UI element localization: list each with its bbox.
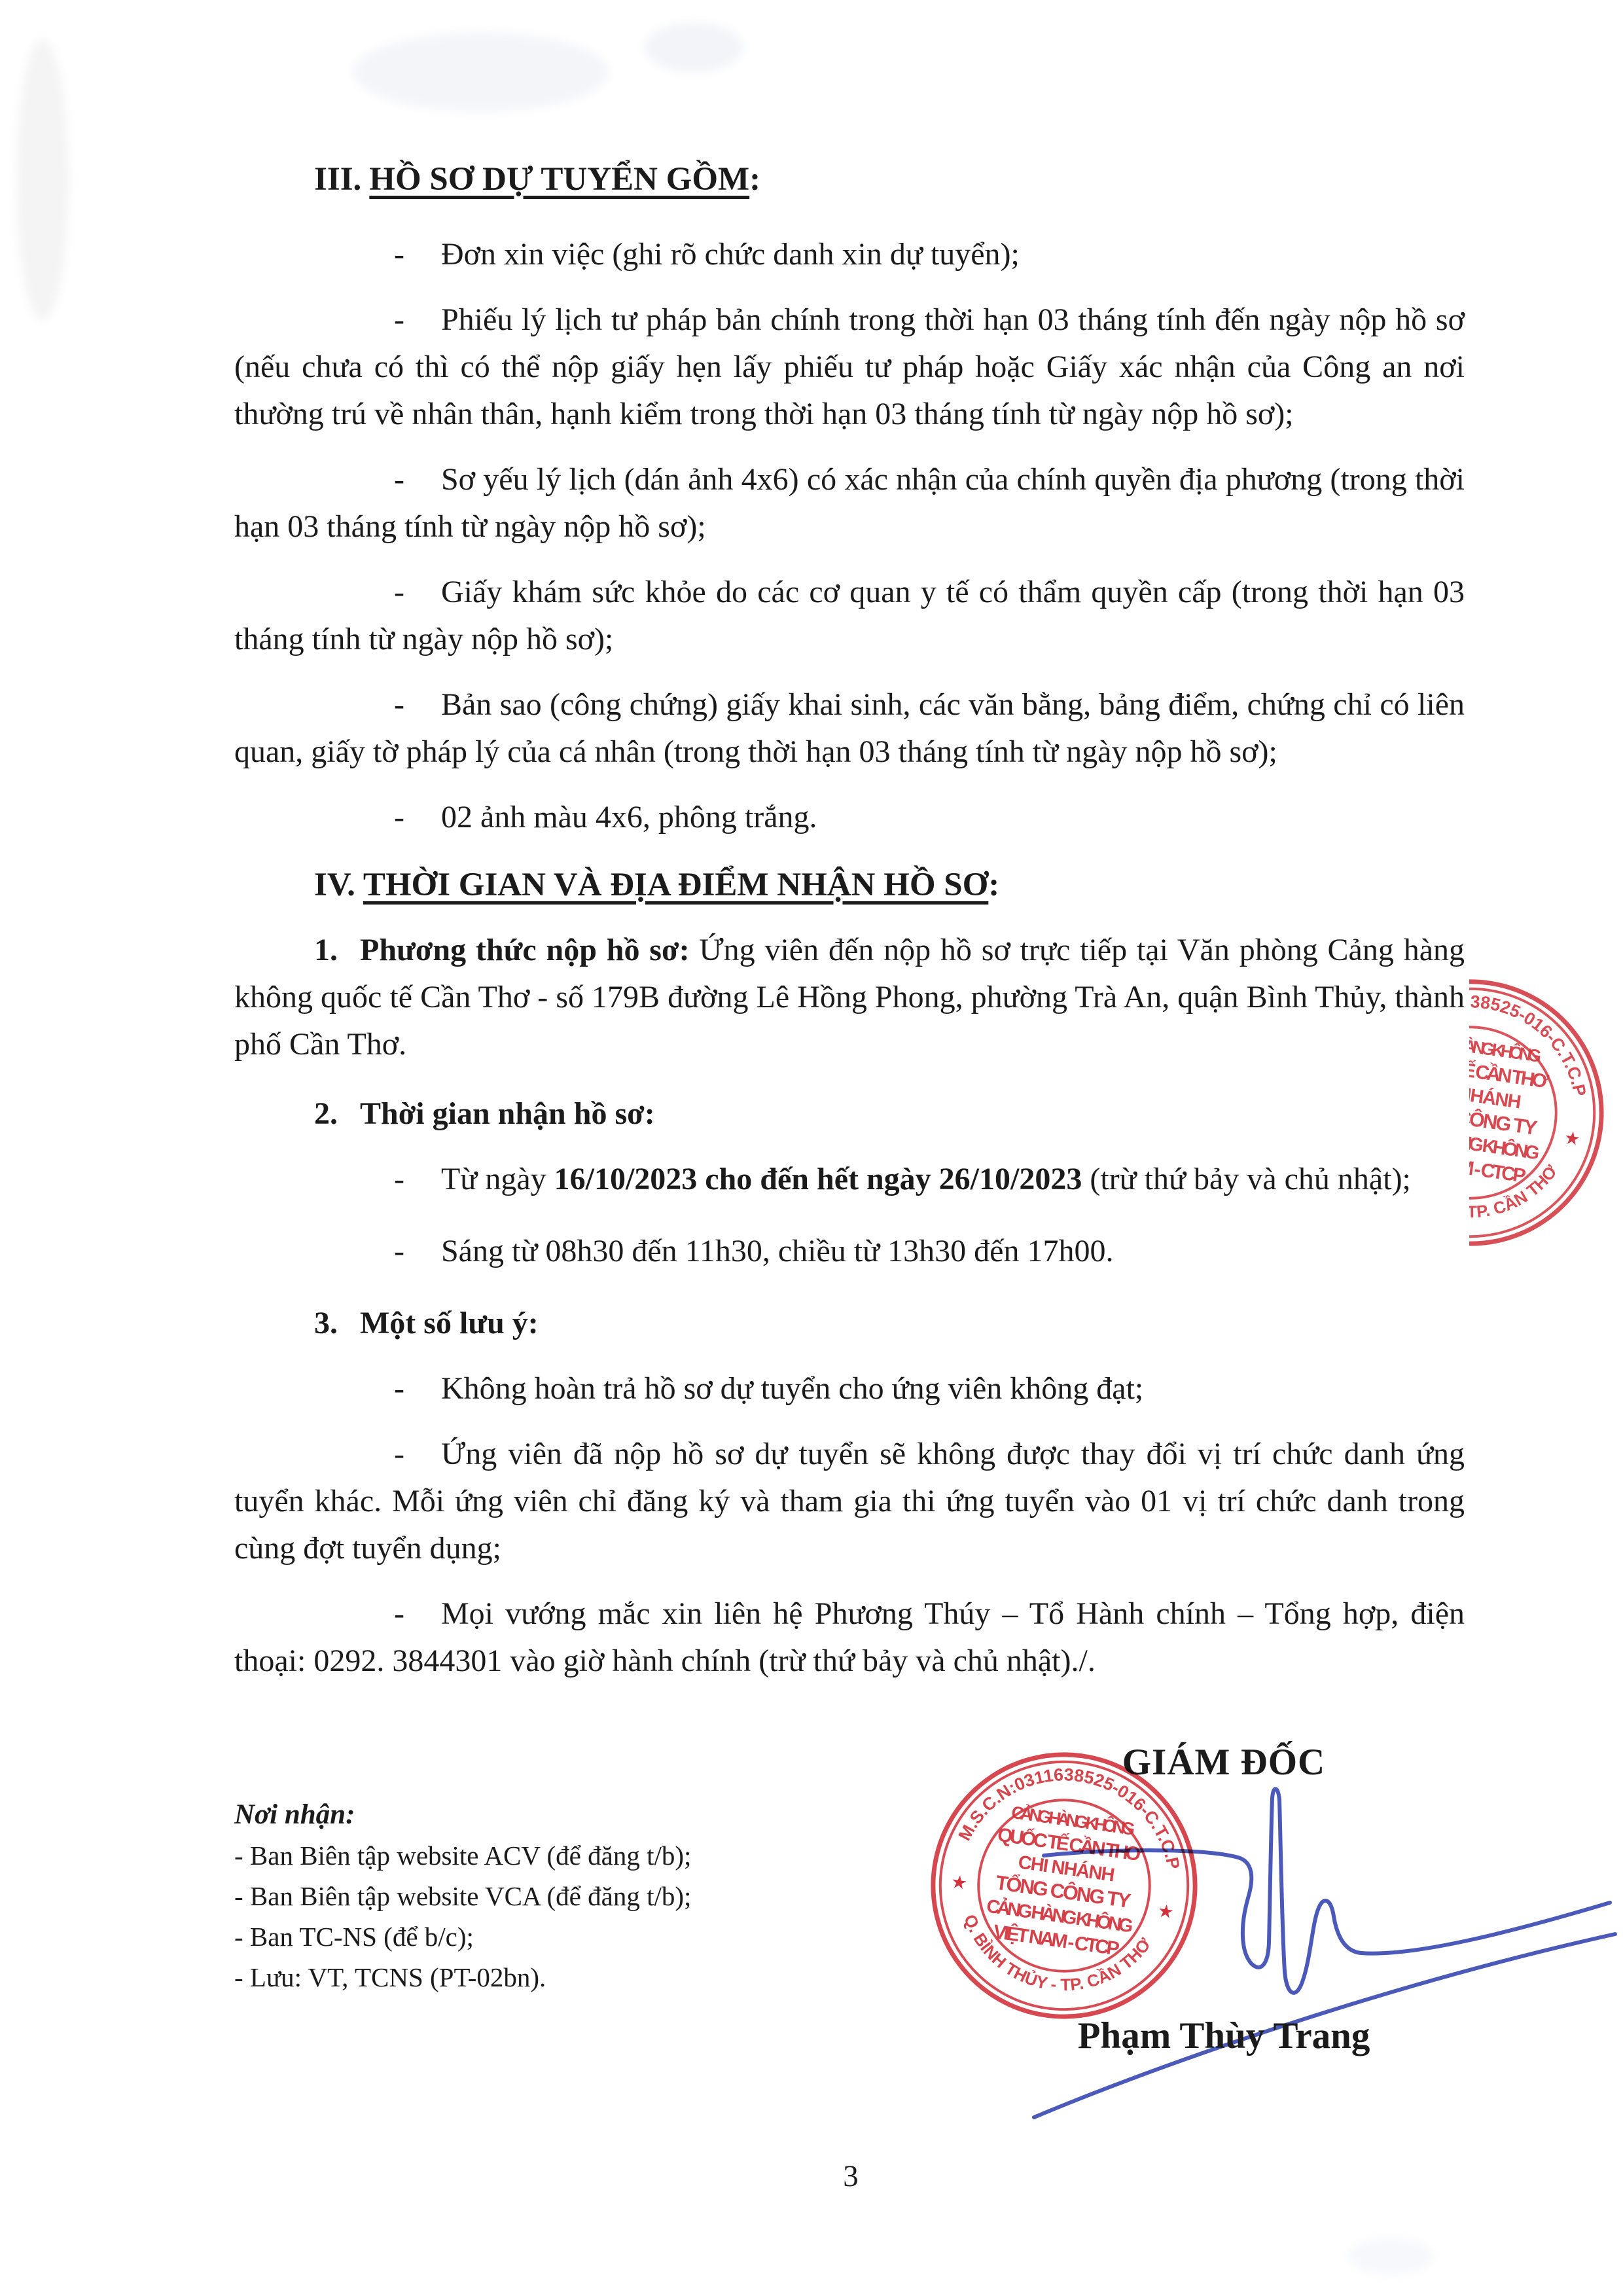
- list-item-text: Từ ngày: [441, 1162, 554, 1196]
- item-label: Một số lưu ý:: [360, 1306, 539, 1340]
- bullet-dash: -: [314, 1228, 404, 1275]
- bullet-dash: -: [314, 569, 404, 616]
- list-item-text: Không hoàn trả hồ sơ dự tuyển cho ứng vi…: [441, 1371, 1143, 1406]
- star-icon: ★: [1156, 1900, 1175, 1922]
- section-number: III.: [314, 161, 361, 198]
- scan-artifact: [353, 33, 609, 111]
- list-item-text: (trừ thứ bảy và chủ nhật);: [1082, 1162, 1411, 1196]
- bullet-dash: -: [314, 1365, 404, 1412]
- recipients-block: Nơi nhận: - Ban Biên tập website ACV (để…: [234, 1795, 823, 1998]
- scan-artifact: [16, 39, 69, 321]
- list-item: -Ứng viên đã nộp hồ sơ dự tuyển sẽ không…: [234, 1431, 1465, 1572]
- list-item-text: Sơ yếu lý lịch (dán ảnh 4x6) có xác nhận…: [234, 462, 1465, 544]
- list-item: -Sáng từ 08h30 đến 11h30, chiều từ 13h30…: [234, 1228, 1465, 1275]
- list-item-text: Phiếu lý lịch tư pháp bản chính trong th…: [234, 302, 1465, 431]
- list-item-text: Ứng viên đã nộp hồ sơ dự tuyển sẽ không …: [234, 1437, 1465, 1566]
- list-item: -Mọi vướng mắc xin liên hệ Phương Thúy –…: [234, 1590, 1465, 1685]
- list-item: -Bản sao (công chứng) giấy khai sinh, cá…: [234, 681, 1465, 776]
- numbered-item: 2.Thời gian nhận hồ sơ:: [234, 1090, 1465, 1138]
- list-item-text: Mọi vướng mắc xin liên hệ Phương Thúy – …: [234, 1596, 1465, 1678]
- bullet-dash: -: [314, 1431, 404, 1478]
- section-number: IV.: [314, 867, 355, 903]
- section-title: THỜI GIAN VÀ ĐỊA ĐIỂM NHẬN HỒ SƠ: [363, 867, 988, 903]
- list-item: -Giấy khám sức khỏe do các cơ quan y tế …: [234, 569, 1465, 663]
- recipients-label: Nơi nhận:: [234, 1795, 823, 1835]
- recipient-item: - Lưu: VT, TCNS (PT-02bn).: [234, 1957, 823, 1998]
- bullet-dash: -: [314, 794, 404, 841]
- bullet-dash: -: [314, 296, 404, 344]
- bullet-dash: -: [314, 231, 404, 278]
- scanned-document-page: { "glyphs": { "dash": "-" }, "section3":…: [0, 0, 1623, 2296]
- section-heading-iii: III.HỒ SƠ DỰ TUYỂN GỒM:: [234, 156, 1465, 203]
- item-number: 2.: [314, 1096, 338, 1131]
- company-stamp: M.S.C.N:0311638525-016-C.T.C.P Q. BÌNH T…: [928, 1749, 1200, 2022]
- stamp-graphic: M.S.C.N:0311638525-016-C.T.C.P Q. BÌNH T…: [928, 1749, 1200, 2022]
- document-body: III.HỒ SƠ DỰ TUYỂN GỒM: -Đơn xin việc (g…: [234, 156, 1465, 1685]
- section-title: HỒ SƠ DỰ TUYỂN GỒM: [369, 161, 749, 198]
- bullet-dash: -: [314, 681, 404, 728]
- recipient-item: - Ban Biên tập website VCA (để đăng t/b)…: [234, 1876, 823, 1916]
- item-number: 3.: [314, 1306, 338, 1340]
- bullet-dash: -: [314, 456, 404, 503]
- list-item-text: Giấy khám sức khỏe do các cơ quan y tế c…: [234, 575, 1465, 656]
- numbered-item: 1.Phương thức nộp hồ sơ: Ứng viên đến nộ…: [234, 927, 1465, 1068]
- list-item-text: Sáng từ 08h30 đến 11h30, chiều từ 13h30 …: [441, 1234, 1113, 1268]
- star-icon: ★: [950, 1871, 969, 1893]
- list-item: -Không hoàn trả hồ sơ dự tuyển cho ứng v…: [234, 1365, 1465, 1412]
- scan-artifact: [645, 23, 743, 72]
- bullet-dash: -: [314, 1590, 404, 1638]
- page-number: 3: [785, 2159, 916, 2194]
- item-label: Phương thức nộp hồ sơ:: [360, 933, 690, 967]
- signer-name: Phạm Thùy Trang: [1027, 2015, 1420, 2057]
- item-label: Thời gian nhận hồ sơ:: [360, 1096, 655, 1131]
- item-number: 1.: [314, 933, 338, 967]
- list-item: -Từ ngày 16/10/2023 cho đến hết ngày 26/…: [234, 1156, 1465, 1203]
- scan-artifact: [1348, 2238, 1433, 2274]
- list-item: -02 ảnh màu 4x6, phông trắng.: [234, 794, 1465, 841]
- list-item: -Phiếu lý lịch tư pháp bản chính trong t…: [234, 296, 1465, 438]
- star-icon: ★: [1563, 1127, 1582, 1149]
- list-item-text: Bản sao (công chứng) giấy khai sinh, các…: [234, 687, 1465, 769]
- bullet-dash: -: [314, 1156, 404, 1203]
- page-background: III.HỒ SƠ DỰ TUYỂN GỒM: -Đơn xin việc (g…: [0, 0, 1623, 2296]
- section-heading-iv: IV.THỜI GIAN VÀ ĐỊA ĐIỂM NHẬN HỒ SƠ:: [234, 861, 1465, 908]
- list-item-text: Đơn xin việc (ghi rõ chức danh xin dự tu…: [441, 237, 1020, 272]
- numbered-item: 3.Một số lưu ý:: [234, 1300, 1465, 1347]
- list-item: -Đơn xin việc (ghi rõ chức danh xin dự t…: [234, 231, 1465, 278]
- date-range-bold: 16/10/2023 cho đến hết ngày 26/10/2023: [554, 1162, 1082, 1196]
- recipient-item: - Ban Biên tập website ACV (để đăng t/b)…: [234, 1835, 823, 1876]
- list-item-text: 02 ảnh màu 4x6, phông trắng.: [441, 800, 817, 834]
- recipient-item: - Ban TC-NS (để b/c);: [234, 1916, 823, 1957]
- list-item: -Sơ yếu lý lịch (dán ảnh 4x6) có xác nhậ…: [234, 456, 1465, 550]
